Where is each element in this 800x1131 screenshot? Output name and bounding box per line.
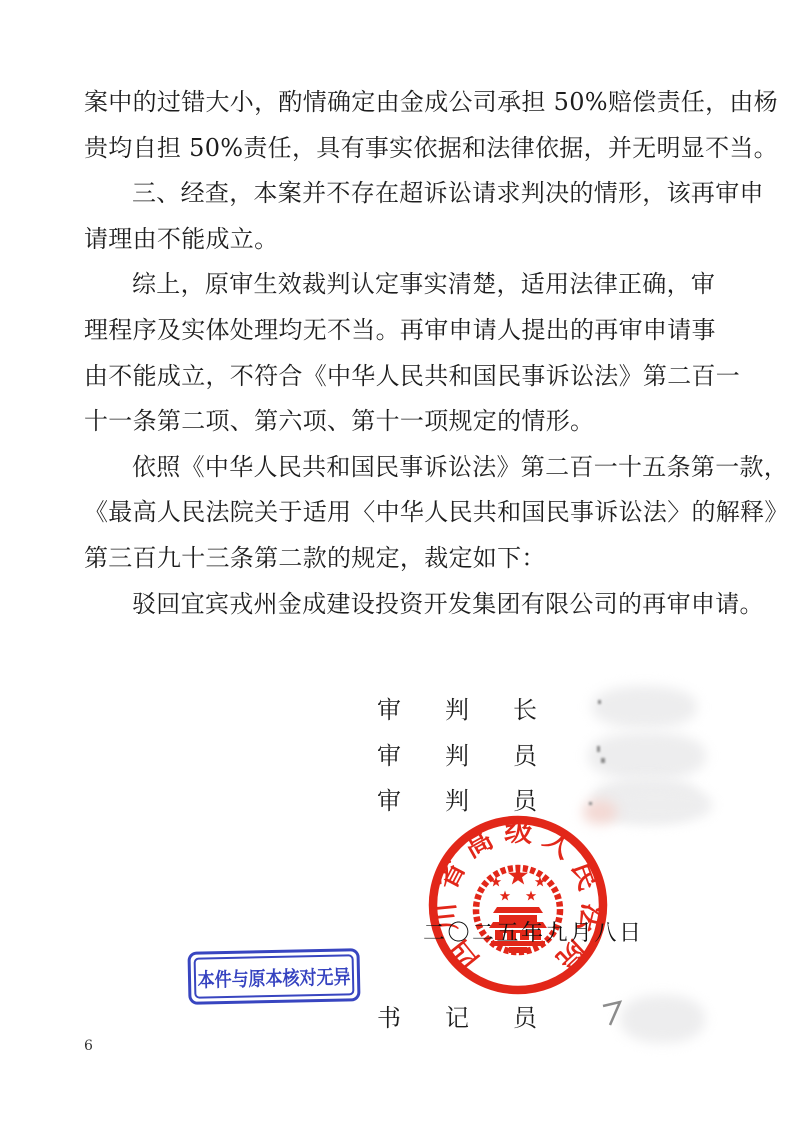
body-line: 理程序及实体处理均无不当。再审申请人提出的再审申请事: [84, 308, 744, 354]
ink-speck: [598, 700, 601, 704]
body-line: 案中的过错大小，酌情确定由金成公司承担 50%赔偿责任，由杨: [84, 80, 744, 126]
seal-arc-text: 四川省高级人民法院: [427, 814, 610, 983]
ink-speck: [589, 802, 592, 805]
body-line: 综上，原审生效裁判认定事实清楚，适用法律正确，审: [84, 262, 744, 308]
verification-stamp-text: 本件与原本核对无异: [197, 961, 351, 993]
redacted-name-smudge: [620, 995, 705, 1043]
ink-speck: [597, 746, 600, 752]
body-line: 请理由不能成立。: [84, 217, 744, 263]
clerk-title: 书记员: [377, 998, 581, 1033]
body-line: 贵均自担 50%责任，具有事实依据和法律依据，并无明显不当。: [84, 126, 744, 172]
presiding-judge-title: 审判长: [377, 688, 581, 734]
body-line: 十一条第二项、第六项、第十一项规定的情形。: [84, 399, 744, 445]
ruling-body-text: 案中的过错大小，酌情确定由金成公司承担 50%赔偿责任，由杨 贵均自担 50%责…: [84, 80, 744, 627]
body-line: 驳回宜宾戎州金成建设投资开发集团有限公司的再审申请。: [84, 582, 744, 628]
body-line: 《最高人民法院关于适用〈中华人民共和国民事诉讼法〉的解释》: [84, 490, 744, 536]
judge-title: 审判员: [377, 734, 581, 780]
body-line: 依照《中华人民共和国民事诉讼法》第二百一十五条第一款，: [84, 445, 744, 491]
redacted-name-smudge: [592, 686, 697, 728]
redacted-name-smudge: [588, 732, 706, 780]
signature-block: 审判长 审判员 审判员: [377, 688, 581, 825]
verification-stamp-border: 本件与原本核对无异: [194, 954, 355, 998]
clerk-signature-trace: [600, 1000, 626, 1028]
court-seal: 四川省高级人民法院: [423, 810, 613, 1000]
document-page: 案中的过错大小，酌情确定由金成公司承担 50%赔偿责任，由杨 贵均自担 50%责…: [0, 0, 800, 1131]
page-number: 6: [84, 1038, 93, 1054]
redacted-name-smudge: [600, 788, 712, 822]
body-line: 第三百九十三条第二款的规定，裁定如下：: [84, 536, 744, 582]
ink-speck: [601, 758, 605, 763]
body-line: 由不能成立，不符合《中华人民共和国民事诉讼法》第二百一: [84, 354, 744, 400]
body-line: 三、经查，本案并不存在超诉讼请求判决的情形，该再审申: [84, 171, 744, 217]
verification-stamp: 本件与原本核对无异: [187, 948, 360, 1005]
ruling-date: 二〇二五年九月八日: [423, 916, 644, 947]
